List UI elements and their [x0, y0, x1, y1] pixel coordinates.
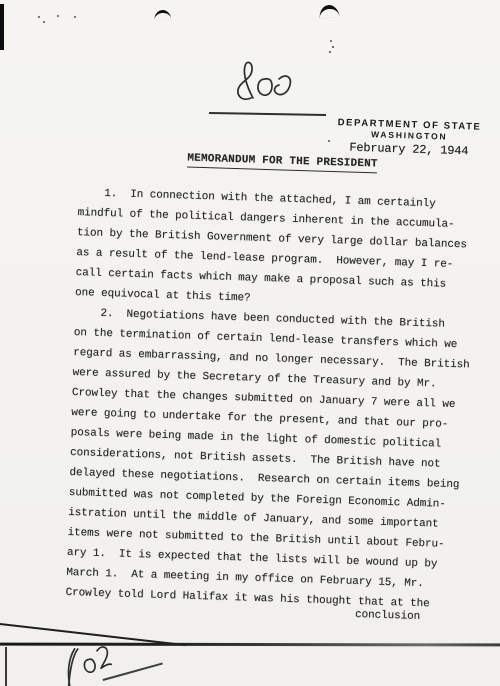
- scan-speck: [38, 16, 40, 18]
- scan-speck: [332, 46, 334, 48]
- typed-content: DEPARTMENT OF STATE WASHINGTON February …: [30, 103, 491, 626]
- handwritten-page-number-top: [225, 55, 295, 105]
- scan-speck: [330, 40, 332, 42]
- handwritten-page-number-bottom: [52, 641, 127, 686]
- memo-title: MEMORANDUM FOR THE PRESIDENT: [187, 152, 378, 173]
- paragraph-2: 2. Negotiations have been conducted with…: [65, 303, 484, 616]
- scan-edge-line-bottom: [5, 647, 7, 686]
- memo-page: DEPARTMENT OF STATE WASHINGTON February …: [0, 0, 500, 686]
- scan-speck: [329, 51, 331, 53]
- paragraph-1: 1. In connection with the attached, I am…: [75, 183, 489, 316]
- scan-arc-mark-left: [154, 9, 172, 20]
- letterhead-date: February 22, 1944: [337, 140, 481, 159]
- scan-arc-mark-right: [318, 4, 339, 19]
- scan-speck: [43, 21, 45, 23]
- letterhead: DEPARTMENT OF STATE WASHINGTON February …: [337, 117, 482, 159]
- memo-body: 1. In connection with the attached, I am…: [30, 182, 488, 626]
- scan-speck: [57, 15, 59, 17]
- scan-speck: [74, 16, 76, 18]
- scan-edge-mark: [0, 4, 4, 50]
